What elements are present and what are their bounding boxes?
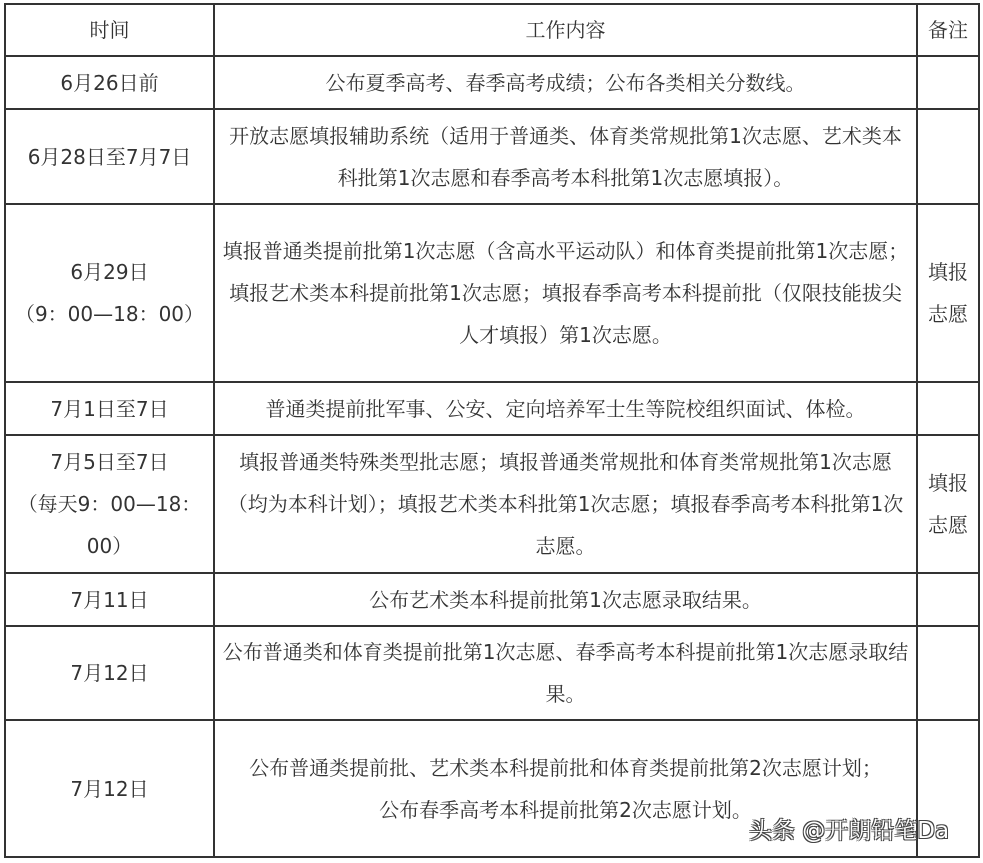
header-time: 时间 <box>5 4 214 56</box>
time-text: 6月28日至7月7日 <box>12 136 207 178</box>
content-text: 填报普通类提前批第1次志愿（含高水平运动队）和体育类提前批第1次志愿； <box>221 230 910 272</box>
time-text: 7月11日 <box>12 579 207 621</box>
schedule-table: 时间 工作内容 备注 6月26日前 公布夏季高考、春季高考成绩；公布各类相关分数… <box>4 3 980 858</box>
time-cell: 7月12日 <box>5 720 214 857</box>
note-cell <box>917 573 979 626</box>
table-row: 6月29日 （9：00—18：00） 填报普通类提前批第1次志愿（含高水平运动队… <box>5 204 979 382</box>
content-cell: 公布普通类和体育类提前批第1次志愿、春季高考本科提前批第1次志愿录取结果。 <box>214 626 917 720</box>
content-cell: 填报普通类提前批第1次志愿（含高水平运动队）和体育类提前批第1次志愿； 填报艺术… <box>214 204 917 382</box>
content-text: 填报普通类特殊类型批志愿；填报普通类常规批和体育类常规批第1次志愿（均为本科计划… <box>221 441 910 567</box>
content-cell: 开放志愿填报辅助系统（适用于普通类、体育类常规批第1次志愿、艺术类本科批第1次志… <box>214 109 917 204</box>
table-row: 7月5日至7日 （每天9：00—18：00） 填报普通类特殊类型批志愿；填报普通… <box>5 435 979 573</box>
time-text: 6月26日前 <box>12 62 207 104</box>
content-text: 公布夏季高考、春季高考成绩；公布各类相关分数线。 <box>221 62 910 104</box>
note-cell <box>917 720 979 857</box>
note-cell <box>917 109 979 204</box>
note-cell: 填报志愿 <box>917 204 979 382</box>
content-text: 填报艺术类本科提前批第1次志愿；填报春季高考本科提前批（仅限技能拔尖人才填报）第… <box>221 272 910 356</box>
time-cell: 7月5日至7日 （每天9：00—18：00） <box>5 435 214 573</box>
content-cell: 普通类提前批军事、公安、定向培养军士生等院校组织面试、体检。 <box>214 382 917 435</box>
table-row: 7月12日 公布普通类提前批、艺术类本科提前批和体育类提前批第2次志愿计划； 公… <box>5 720 979 857</box>
table-row: 6月28日至7月7日 开放志愿填报辅助系统（适用于普通类、体育类常规批第1次志愿… <box>5 109 979 204</box>
time-cell: 6月26日前 <box>5 56 214 109</box>
time-cell: 6月29日 （9：00—18：00） <box>5 204 214 382</box>
note-cell <box>917 382 979 435</box>
time-cell: 7月12日 <box>5 626 214 720</box>
time-text: 7月12日 <box>12 768 207 810</box>
time-cell: 6月28日至7月7日 <box>5 109 214 204</box>
table-row: 7月11日 公布艺术类本科提前批第1次志愿录取结果。 <box>5 573 979 626</box>
content-text: 普通类提前批军事、公安、定向培养军士生等院校组织面试、体检。 <box>221 388 910 430</box>
content-cell: 公布艺术类本科提前批第1次志愿录取结果。 <box>214 573 917 626</box>
content-cell: 公布夏季高考、春季高考成绩；公布各类相关分数线。 <box>214 56 917 109</box>
content-text: 开放志愿填报辅助系统（适用于普通类、体育类常规批第1次志愿、艺术类本科批第1次志… <box>221 115 910 199</box>
note-cell: 填报志愿 <box>917 435 979 573</box>
time-cell: 7月1日至7日 <box>5 382 214 435</box>
content-cell: 公布普通类提前批、艺术类本科提前批和体育类提前批第2次志愿计划； 公布春季高考本… <box>214 720 917 857</box>
content-text: 公布普通类提前批、艺术类本科提前批和体育类提前批第2次志愿计划； <box>221 747 910 789</box>
table-row: 7月12日 公布普通类和体育类提前批第1次志愿、春季高考本科提前批第1次志愿录取… <box>5 626 979 720</box>
content-text: 公布普通类和体育类提前批第1次志愿、春季高考本科提前批第1次志愿录取结果。 <box>221 631 910 715</box>
content-text: 公布艺术类本科提前批第1次志愿录取结果。 <box>221 579 910 621</box>
time-text: 6月29日 <box>12 251 207 293</box>
time-text: 7月5日至7日 <box>12 441 207 483</box>
time-range-text: （每天9：00—18：00） <box>12 483 207 567</box>
header-row: 时间 工作内容 备注 <box>5 4 979 56</box>
note-cell <box>917 56 979 109</box>
header-content: 工作内容 <box>214 4 917 56</box>
note-cell <box>917 626 979 720</box>
table-row: 7月1日至7日 普通类提前批军事、公安、定向培养军士生等院校组织面试、体检。 <box>5 382 979 435</box>
time-range-text: （9：00—18：00） <box>12 293 207 335</box>
content-text: 公布春季高考本科提前批第2次志愿计划。 <box>221 789 910 831</box>
time-text: 7月1日至7日 <box>12 388 207 430</box>
content-cell: 填报普通类特殊类型批志愿；填报普通类常规批和体育类常规批第1次志愿（均为本科计划… <box>214 435 917 573</box>
table-row: 6月26日前 公布夏季高考、春季高考成绩；公布各类相关分数线。 <box>5 56 979 109</box>
time-text: 7月12日 <box>12 652 207 694</box>
header-note: 备注 <box>917 4 979 56</box>
time-cell: 7月11日 <box>5 573 214 626</box>
